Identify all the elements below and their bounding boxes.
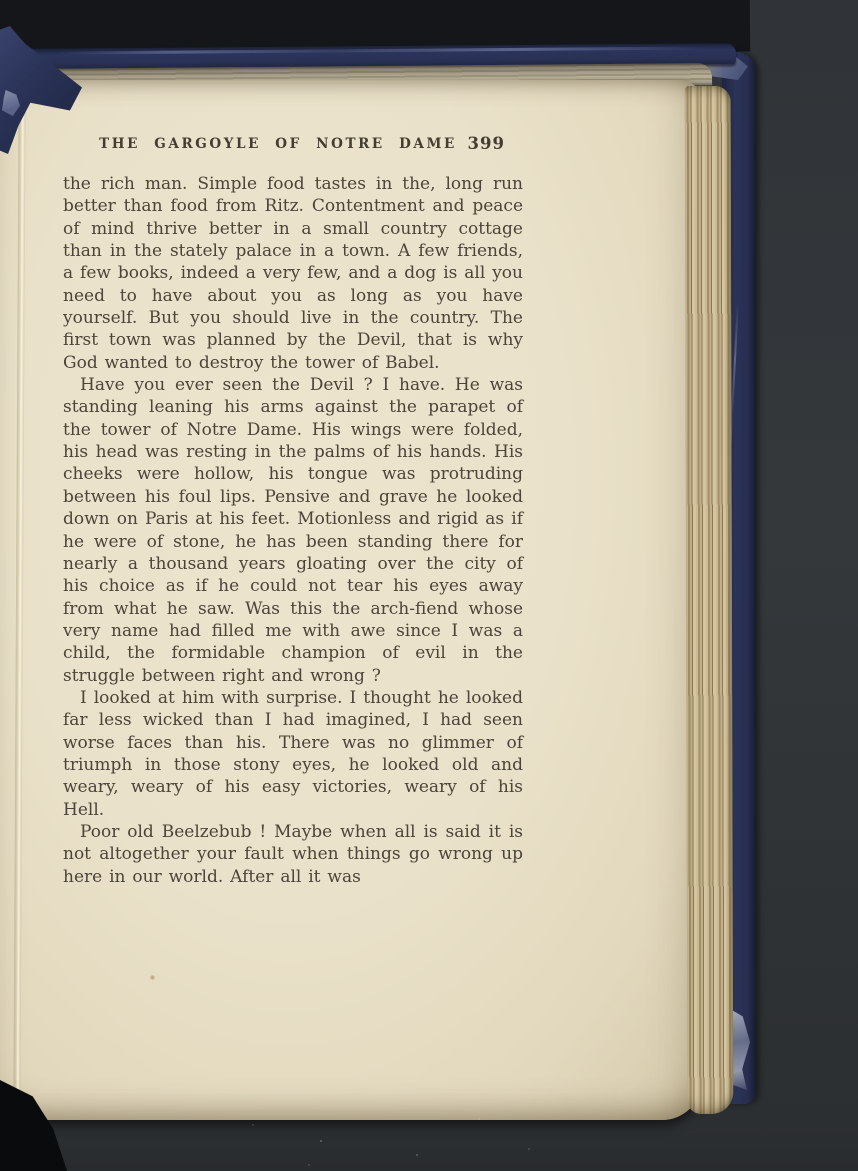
paragraph: Have you ever seen the Devil ? I have. H… [63, 374, 523, 687]
book-scan-photo: THE GARGOYLE OF NOTRE DAME 399 the rich … [0, 0, 858, 1171]
paragraph: Poor old Beelzebub ! Maybe when all is s… [63, 821, 523, 888]
running-head-title: THE GARGOYLE OF NOTRE DAME [63, 136, 493, 152]
cover-sheen [58, 46, 708, 54]
page-text: the rich man. Simple food tastes in the,… [63, 173, 523, 888]
page-fore-edges [685, 86, 734, 1114]
paragraph: I looked at him with surprise. I thought… [63, 687, 523, 821]
dust-specks [320, 1140, 322, 1142]
page-blemish [150, 975, 155, 980]
page-number: 399 [468, 134, 505, 153]
paragraph: the rich man. Simple food tastes in the,… [63, 173, 523, 374]
running-head: THE GARGOYLE OF NOTRE DAME 399 [63, 134, 523, 156]
printed-page-content: THE GARGOYLE OF NOTRE DAME 399 the rich … [63, 134, 523, 888]
cover-tear-highlight-2 [2, 90, 20, 116]
